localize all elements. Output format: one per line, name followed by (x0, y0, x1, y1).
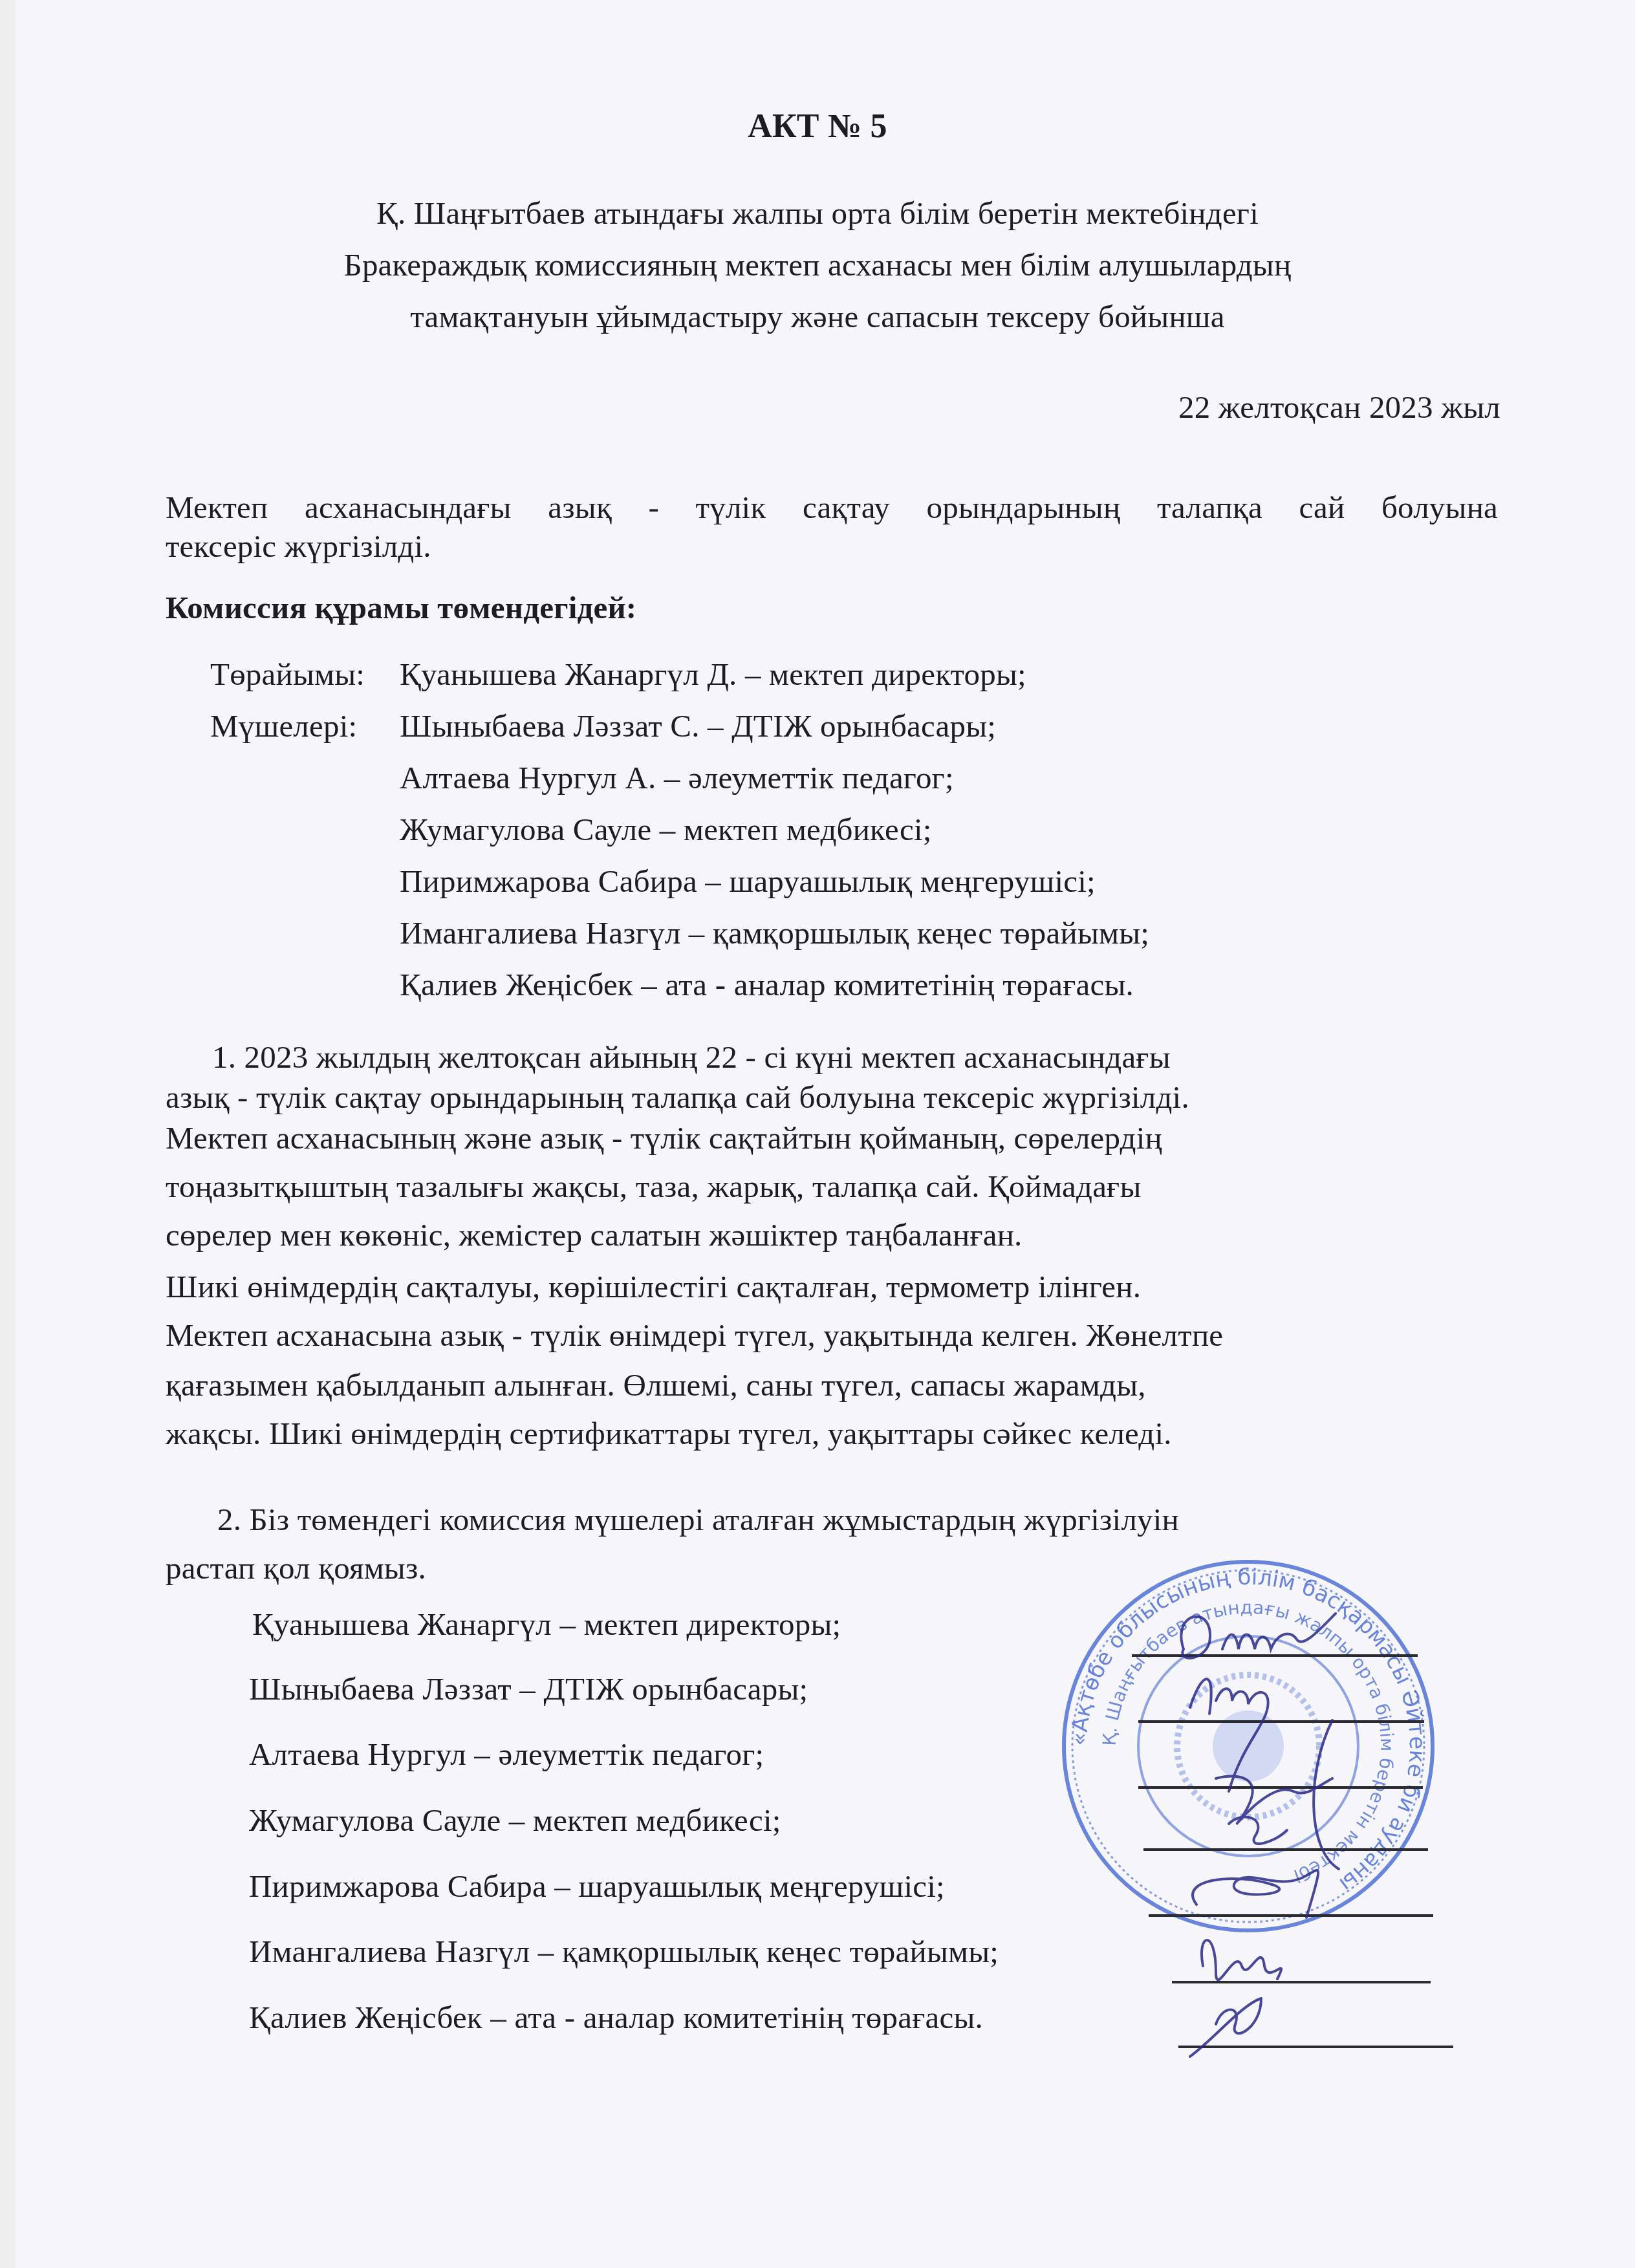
signatory-4: Жумагулова Сауле – мектеп медбикесі; (249, 1804, 781, 1836)
section1-line-2: азық - түлік сақтау орындарының талапқа … (166, 1081, 1189, 1113)
commission-heading: Комиссия құрамы төмендегідей: (166, 592, 636, 623)
handwritten-signatures-icon (1112, 1552, 1475, 2069)
member-2: Алтаева Нургул А. – әлеуметтік педагог; (400, 762, 954, 794)
intro-line-1: Мектеп асханасындағы азық - түлік сақтау… (166, 491, 1498, 523)
chair-label: Төрайымы: (210, 658, 365, 690)
section2-line-1: 2. Біз төмендегі комиссия мүшелері аталғ… (217, 1504, 1179, 1535)
signatory-7: Қалиев Жеңісбек – ата - аналар комитетін… (249, 2002, 983, 2033)
section1-line-4: тоңазытқыштың тазалығы жақсы, таза, жары… (166, 1171, 1142, 1202)
section1-line-7: Мектеп асханасына азық - түлік өнімдері … (166, 1319, 1223, 1351)
subtitle-line-1: Қ. Шаңғытбаев атындағы жалпы орта білім … (0, 197, 1635, 229)
signatory-1: Қуанышева Жанаргүл – мектеп директоры; (252, 1608, 841, 1640)
section1-line-6: Шикі өнімдердің сақталуы, көрішілестігі … (166, 1271, 1141, 1302)
member-5: Имангалиева Назгүл – қамқоршылық кеңес т… (400, 917, 1149, 949)
intro-line-2: тексеріс жүргізілді. (166, 530, 431, 562)
signatory-3: Алтаева Нургул – әлеуметтік педагог; (249, 1738, 764, 1770)
section2-line-2: растап қол қоямыз. (166, 1552, 426, 1584)
chair-name: Қуанышева Жанаргүл Д. – мектеп директоры… (400, 658, 1026, 690)
member-6: Қалиев Жеңісбек – ата - аналар комитетін… (400, 969, 1134, 1000)
document-title: АКТ № 5 (0, 110, 1635, 144)
section1-line-1: 1. 2023 жылдың желтоқсан айының 22 - сі … (212, 1041, 1171, 1073)
section1-line-3: Мектеп асханасының және азық - түлік сақ… (166, 1122, 1162, 1154)
document-date: 22 желтоқсан 2023 жыл (1178, 391, 1500, 423)
member-1: Шыныбаева Ләззат С. – ДТІЖ орынбасары; (400, 710, 996, 742)
section1-line-5: сөрелер мен көкөніс, жемістер салатын жә… (166, 1219, 1023, 1251)
subtitle-line-3: тамақтануын ұйымдастыру және сапасын тек… (0, 301, 1635, 332)
section1-line-9: жақсы. Шикі өнімдердің сертификаттары тү… (166, 1418, 1172, 1449)
signatory-2: Шыныбаева Ләззат – ДТІЖ орынбасары; (249, 1673, 808, 1705)
member-4: Пиримжарова Сабира – шаруашылық меңгеруш… (400, 865, 1096, 897)
scan-edge (0, 0, 16, 2268)
subtitle-line-2: Бракераждық комиссияның мектеп асханасы … (0, 249, 1635, 281)
signatory-5: Пиримжарова Сабира – шаруашылық меңгеруш… (249, 1870, 945, 1902)
section1-line-8: қағазымен қабылданып алынған. Өлшемі, са… (166, 1369, 1146, 1401)
signatory-6: Имангалиева Назгүл – қамқоршылық кеңес т… (249, 1936, 999, 1967)
members-label: Мүшелері: (210, 710, 357, 742)
member-3: Жумагулова Сауле – мектеп медбикесі; (400, 814, 932, 845)
